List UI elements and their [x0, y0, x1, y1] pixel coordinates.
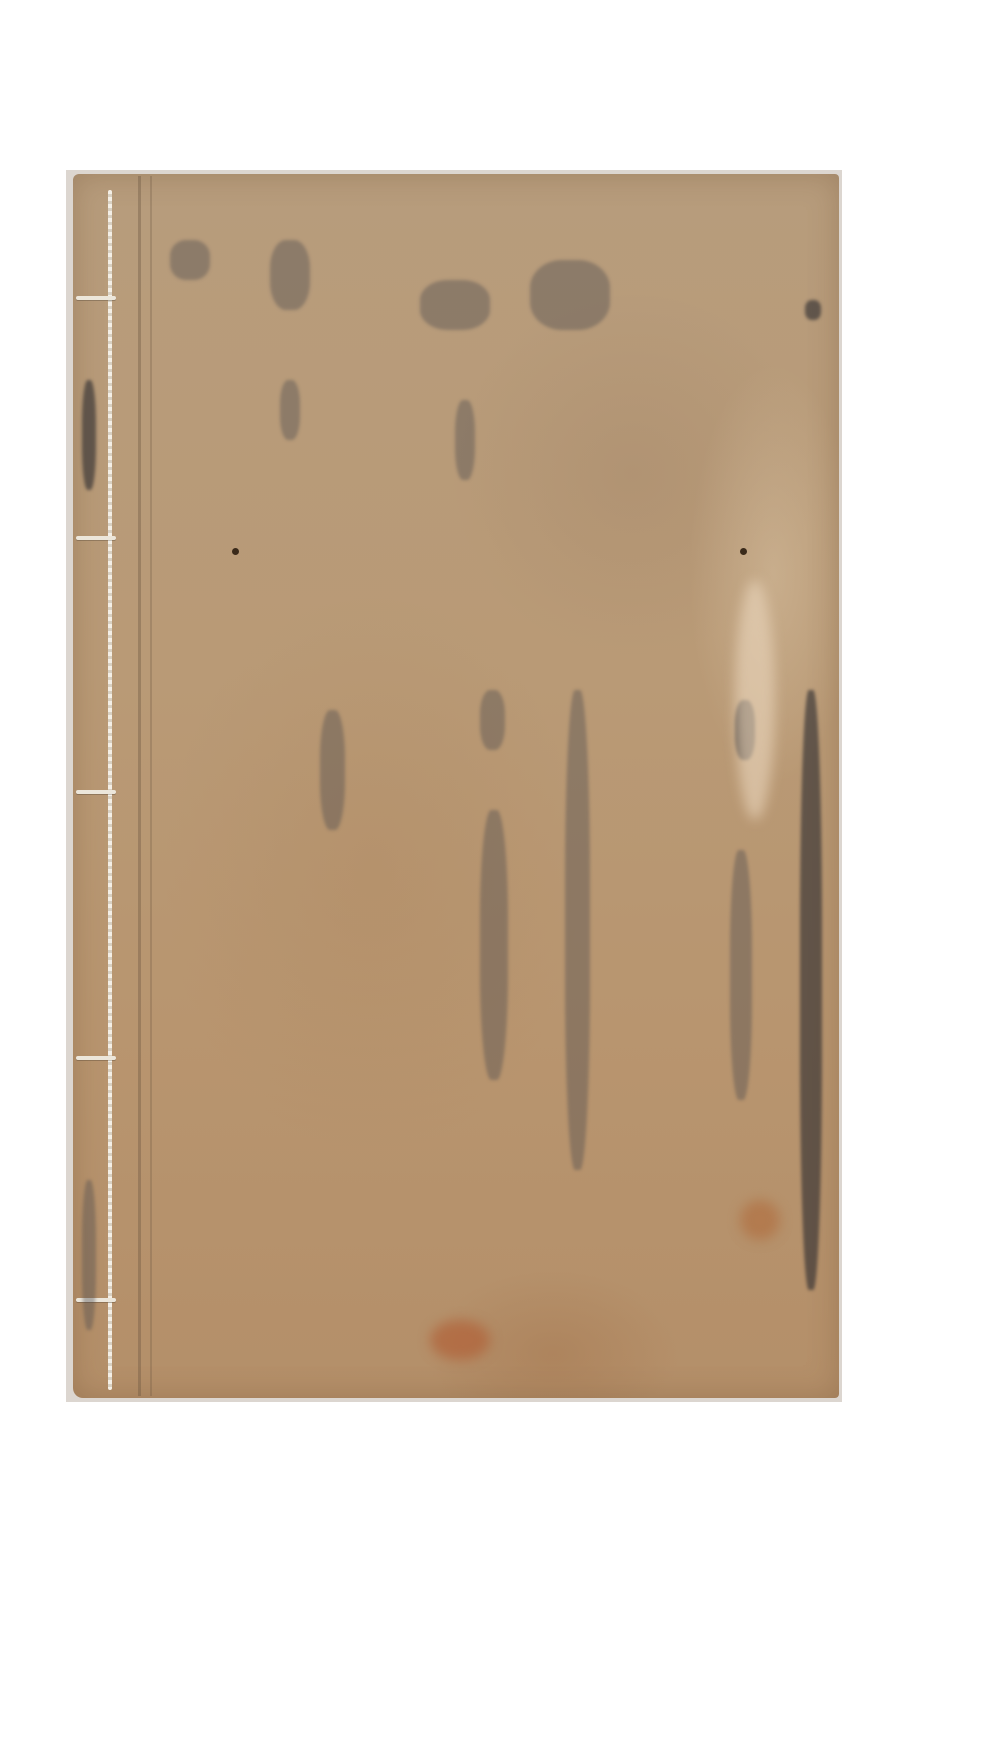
ink-stroke [530, 260, 610, 330]
ink-stroke [280, 380, 300, 440]
spine-fold-line [138, 176, 141, 1396]
binding-stitch [76, 1056, 116, 1060]
wormhole [740, 548, 747, 555]
ink-stroke [805, 300, 821, 320]
ink-stroke [455, 400, 475, 480]
binding-stitch [76, 790, 116, 794]
ink-stroke [82, 380, 96, 490]
ink-stroke [320, 710, 345, 830]
ink-stroke [170, 240, 210, 280]
ink-stroke [82, 1180, 96, 1330]
binding-stitch [76, 296, 116, 300]
ink-stroke [480, 810, 508, 1080]
light-patch [735, 580, 775, 820]
spine-fold-line-inner [150, 176, 152, 1396]
ink-stroke [420, 280, 490, 330]
ink-stroke [730, 850, 752, 1100]
ink-stroke [565, 690, 590, 1170]
ink-stroke [270, 240, 310, 310]
binding-stitch [76, 536, 116, 540]
rust-stain [740, 1200, 780, 1240]
ink-stroke [480, 690, 505, 750]
ink-stroke [800, 690, 822, 1290]
wormhole [232, 548, 239, 555]
title-calligraphy [160, 210, 720, 470]
rust-stain [430, 1320, 490, 1360]
